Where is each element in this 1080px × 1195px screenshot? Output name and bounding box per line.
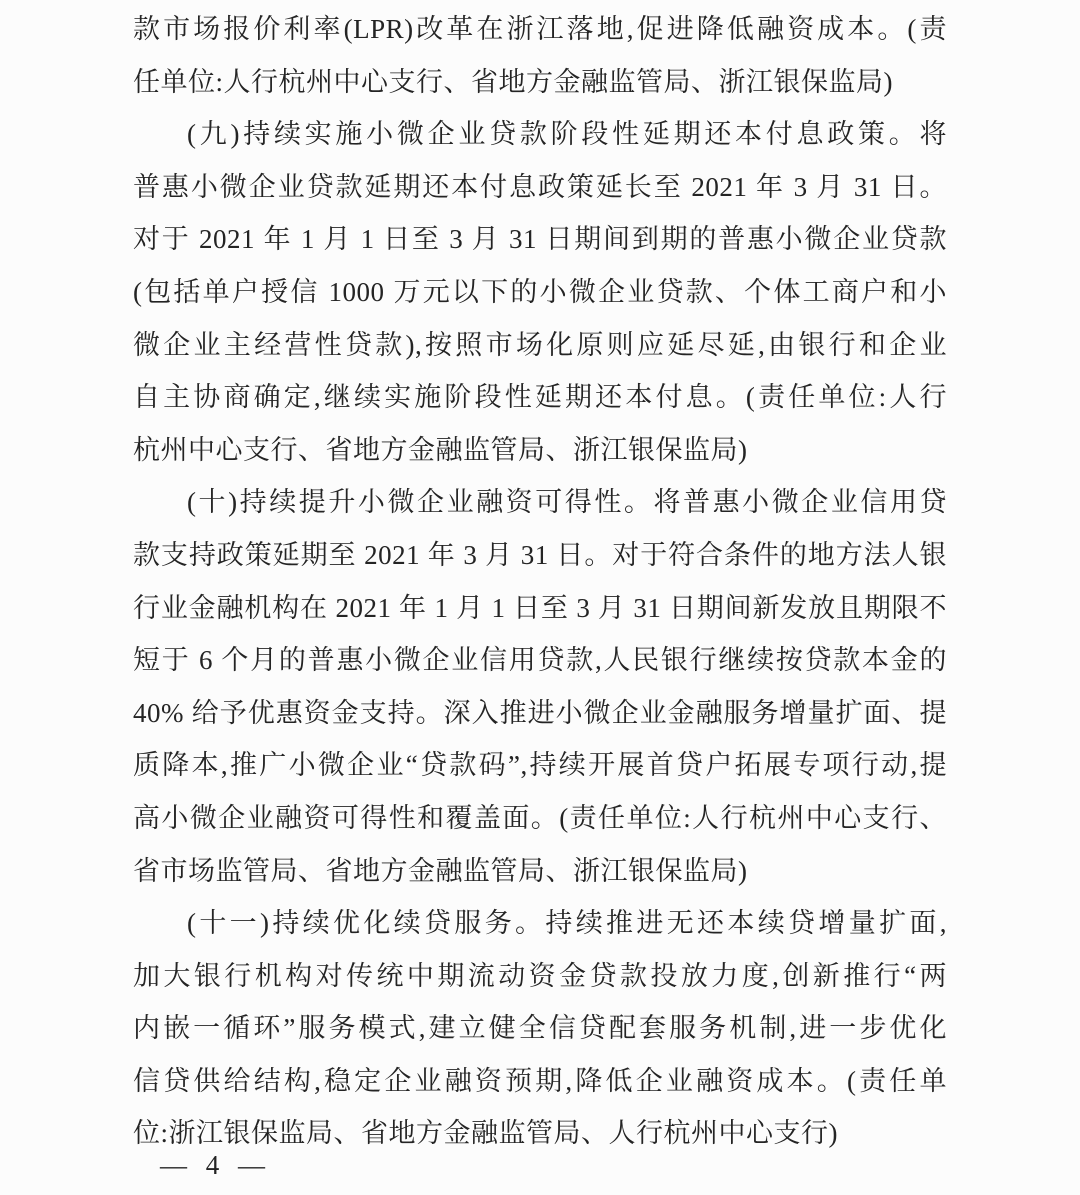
text-line: 信贷供给结构,稳定企业融资预期,降低企业融资成本。(责任单 bbox=[133, 1055, 947, 1108]
text-line: (十一)持续优化续贷服务。持续推进无还本续贷增量扩面, bbox=[133, 897, 947, 950]
text-line: 短于 6 个月的普惠小微企业信用贷款,人民银行继续按贷款本金的 bbox=[133, 634, 947, 687]
text-line: 任单位:人行杭州中心支行、省地方金融监管局、浙江银保监局) bbox=[133, 56, 947, 109]
text-line: 质降本,推广小微企业“贷款码”,持续开展首贷户拓展专项行动,提 bbox=[133, 739, 947, 792]
text-line: 普惠小微企业贷款延期还本付息政策延长至 2021 年 3 月 31 日。 bbox=[133, 161, 947, 214]
text-line: 款支持政策延期至 2021 年 3 月 31 日。对于符合条件的地方法人银 bbox=[133, 529, 947, 582]
text-line: 40% 给予优惠资金支持。深入推进小微企业金融服务增量扩面、提 bbox=[133, 687, 947, 740]
text-line: (包括单户授信 1000 万元以下的小微企业贷款、个体工商户和小 bbox=[133, 266, 947, 319]
text-line: (十)持续提升小微企业融资可得性。将普惠小微企业信用贷 bbox=[133, 476, 947, 529]
text-line: 内嵌一循环”服务模式,建立健全信贷配套服务机制,进一步优化 bbox=[133, 1002, 947, 1055]
text-line: (九)持续实施小微企业贷款阶段性延期还本付息政策。将 bbox=[133, 108, 947, 161]
text-line: 杭州中心支行、省地方金融监管局、浙江银保监局) bbox=[133, 424, 947, 477]
document-page: 款市场报价利率(LPR)改革在浙江落地,促进降低融资成本。(责 任单位:人行杭州… bbox=[0, 0, 1080, 1195]
text-line: 行业金融机构在 2021 年 1 月 1 日至 3 月 31 日期间新发放且期限… bbox=[133, 582, 947, 635]
text-line: 高小微企业融资可得性和覆盖面。(责任单位:人行杭州中心支行、 bbox=[133, 792, 947, 845]
text-line: 加大银行机构对传统中期流动资金贷款投放力度,创新推行“两 bbox=[133, 950, 947, 1003]
text-line: 自主协商确定,继续实施阶段性延期还本付息。(责任单位:人行 bbox=[133, 371, 947, 424]
page-number: — 4 — bbox=[160, 1150, 271, 1181]
text-line: 款市场报价利率(LPR)改革在浙江落地,促进降低融资成本。(责 bbox=[133, 3, 947, 56]
text-line: 对于 2021 年 1 月 1 日至 3 月 31 日期间到期的普惠小微企业贷款 bbox=[133, 213, 947, 266]
document-body: 款市场报价利率(LPR)改革在浙江落地,促进降低融资成本。(责 任单位:人行杭州… bbox=[133, 3, 947, 1160]
text-line: 微企业主经营性贷款),按照市场化原则应延尽延,由银行和企业 bbox=[133, 319, 947, 372]
text-line: 省市场监管局、省地方金融监管局、浙江银保监局) bbox=[133, 845, 947, 898]
